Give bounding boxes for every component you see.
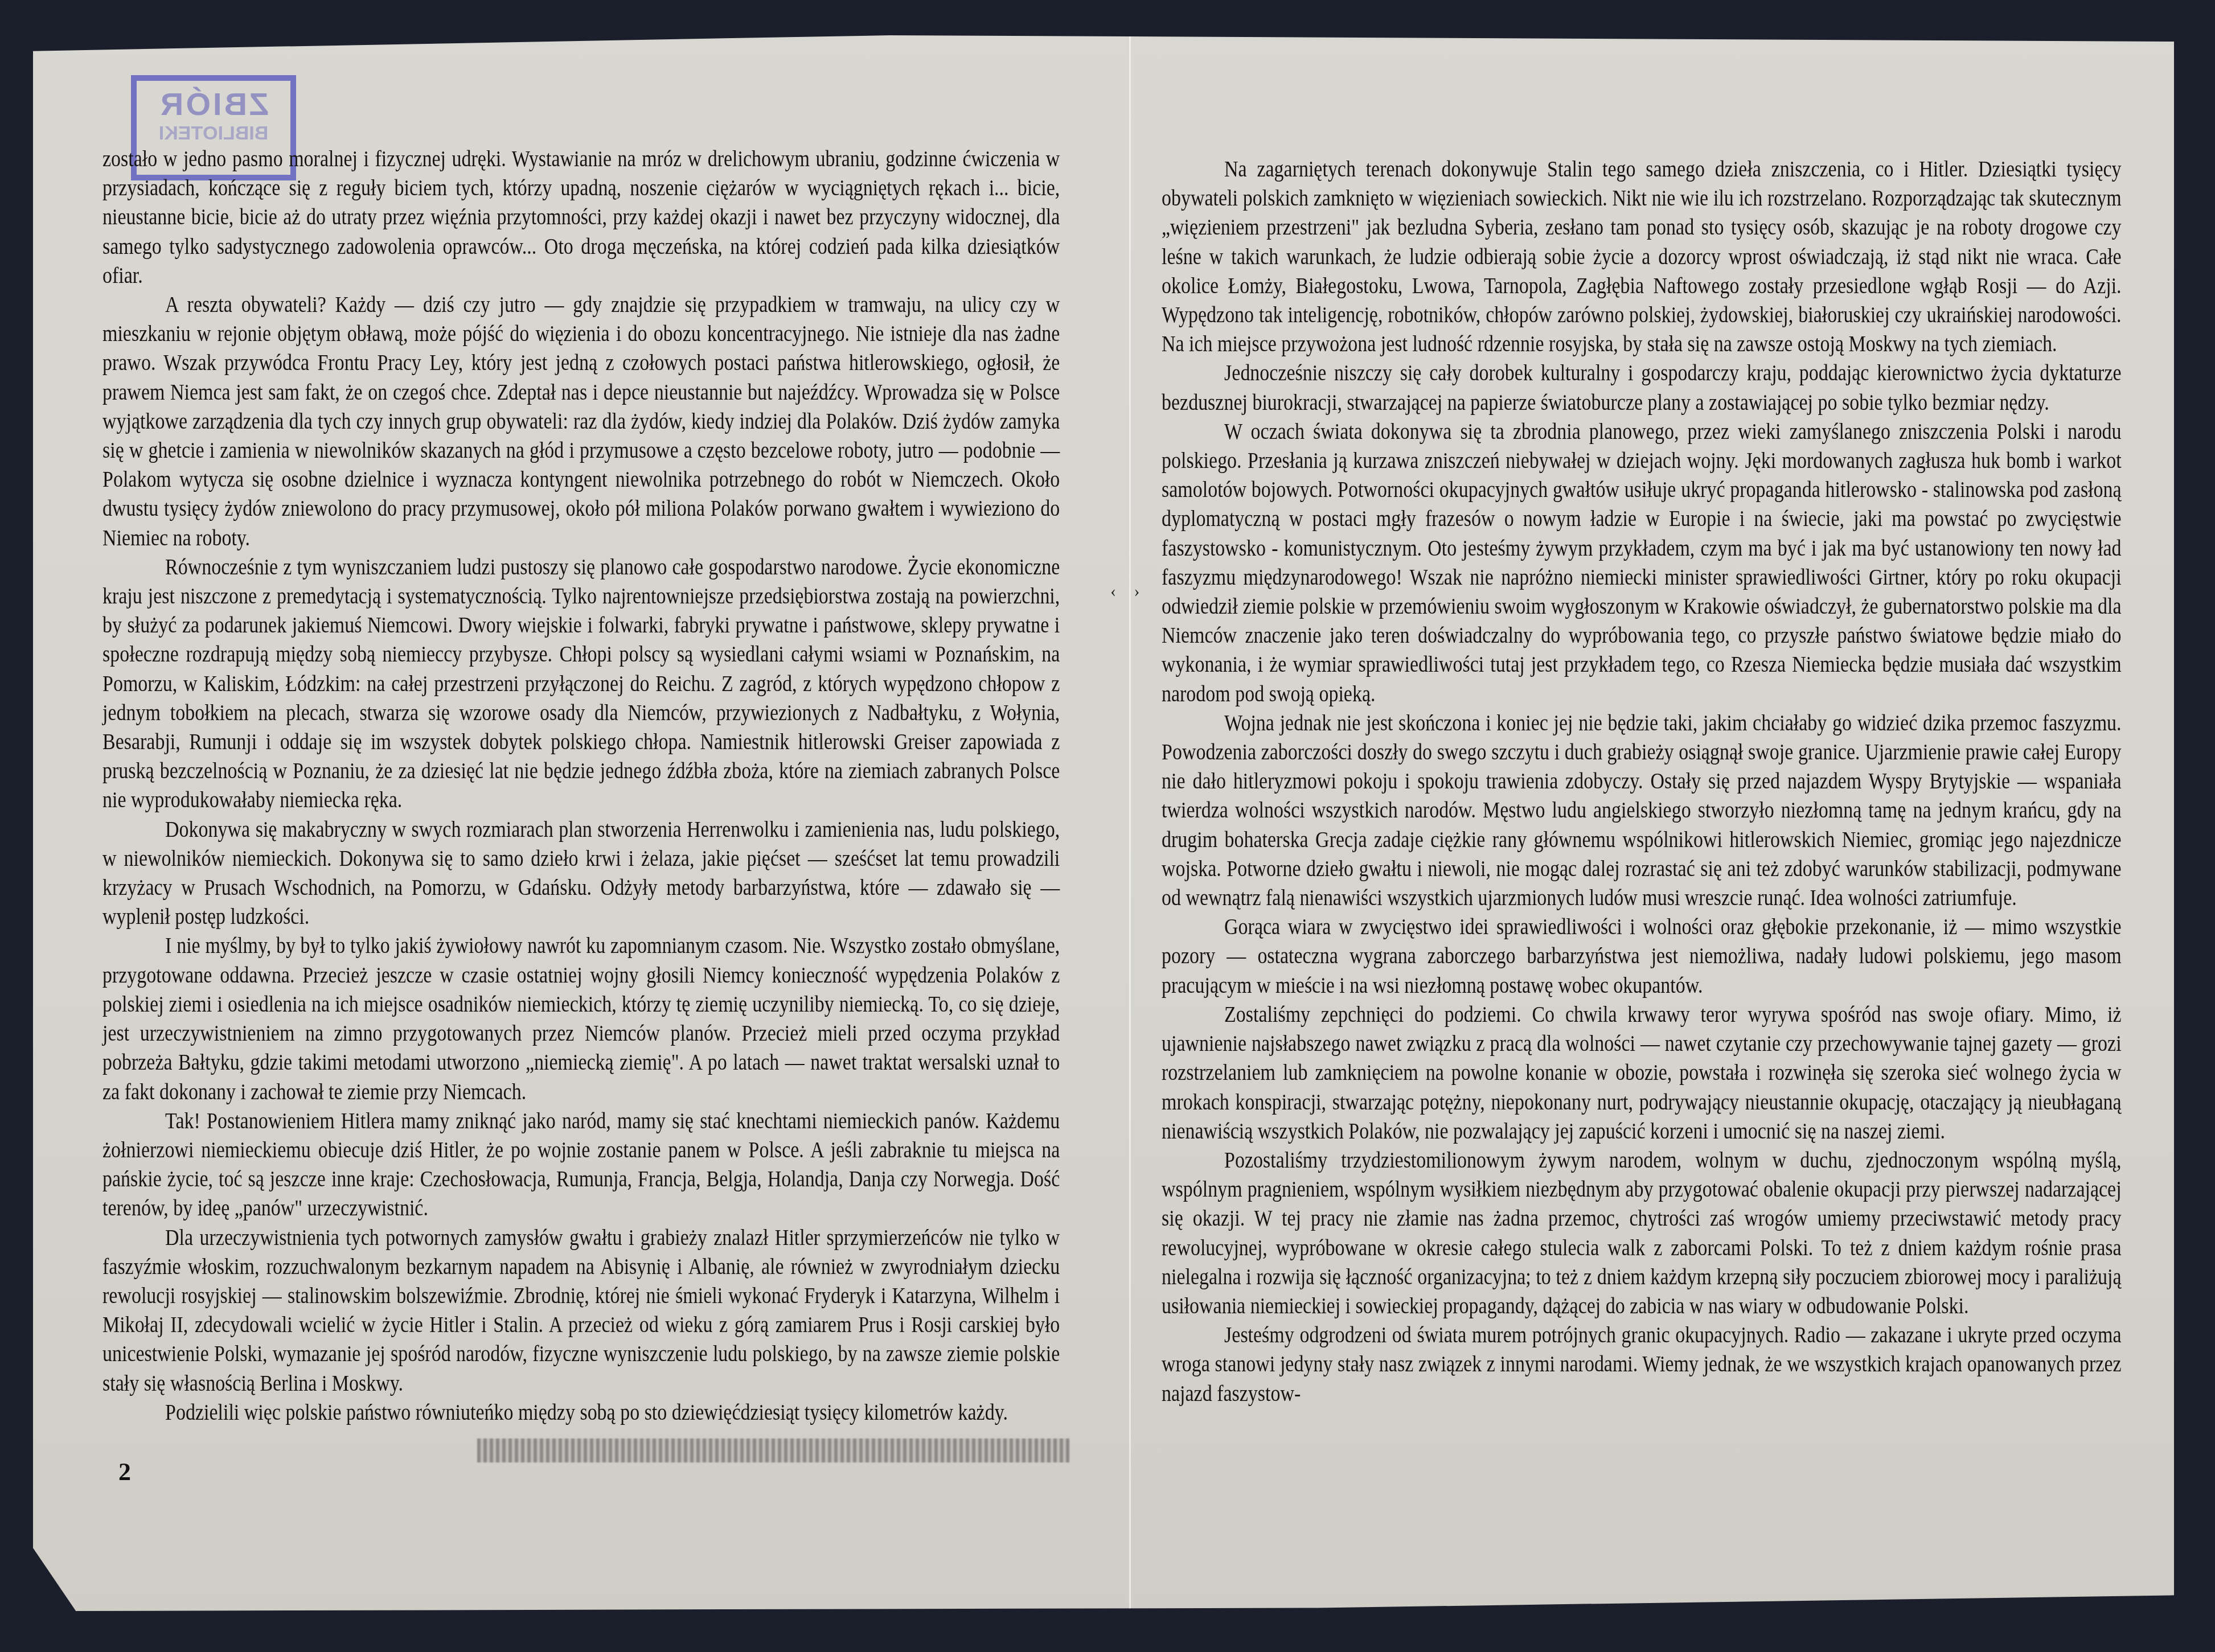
stamp-subtitle: BIBLIOTEKI: [137, 122, 290, 145]
paragraph: Tak! Postanowieniem Hitlera mamy zniknąć…: [102, 1107, 1060, 1223]
center-fold-line: [1129, 35, 1131, 1611]
paragraph: Dokonywa się makabryczny w swych rozmiar…: [102, 815, 1060, 932]
paragraph: Jednocześnie niszczy się cały dorobek ku…: [1162, 359, 2122, 417]
ink-smudge: [477, 1439, 1069, 1462]
stamp-title: ZBIÓR: [137, 85, 290, 122]
paragraph: Pozostaliśmy trzydziestomilionowym żywym…: [1162, 1146, 2122, 1321]
paragraph: zostało w jedno pasmo moralnej i fizyczn…: [102, 145, 1060, 290]
paragraph: Gorąca wiara w zwycięstwo idei sprawiedl…: [1162, 913, 2122, 1000]
paragraph: A reszta obywateli? Każdy — dziś czy jut…: [102, 290, 1060, 553]
paragraph: Wojna jednak nie jest skończona i koniec…: [1162, 709, 2122, 913]
left-text-column: zostało w jedno pasmo moralnej i fizyczn…: [102, 145, 1060, 1427]
paragraph: I nie myślmy, by był to tylko jakiś żywi…: [102, 931, 1060, 1106]
paragraph: Jesteśmy odgrodzeni od świata murem potr…: [1162, 1321, 2122, 1408]
page-number: 2: [118, 1457, 131, 1486]
paragraph: Podzielili więc polskie państwo równiute…: [102, 1398, 1060, 1427]
document-sheet: ‹ › ZBIÓR BIBLIOTEKI zostało w jedno pas…: [33, 35, 2174, 1611]
paragraph: Zostaliśmy zepchnięci do podziemi. Co ch…: [1162, 1000, 2122, 1146]
paragraph: W oczach świata dokonywa się ta zbrodnia…: [1162, 417, 2122, 709]
right-text-column: Na zagarniętych terenach dokonywuje Stal…: [1162, 155, 2122, 1408]
paragraph: Na zagarniętych terenach dokonywuje Stal…: [1162, 155, 2122, 359]
paragraph: Równocześnie z tym wyniszczaniem ludzi p…: [102, 553, 1060, 815]
fold-marks: ‹ ›: [1110, 582, 1146, 601]
paragraph: Dla urzeczywistnienia tych potwornych za…: [102, 1223, 1060, 1398]
